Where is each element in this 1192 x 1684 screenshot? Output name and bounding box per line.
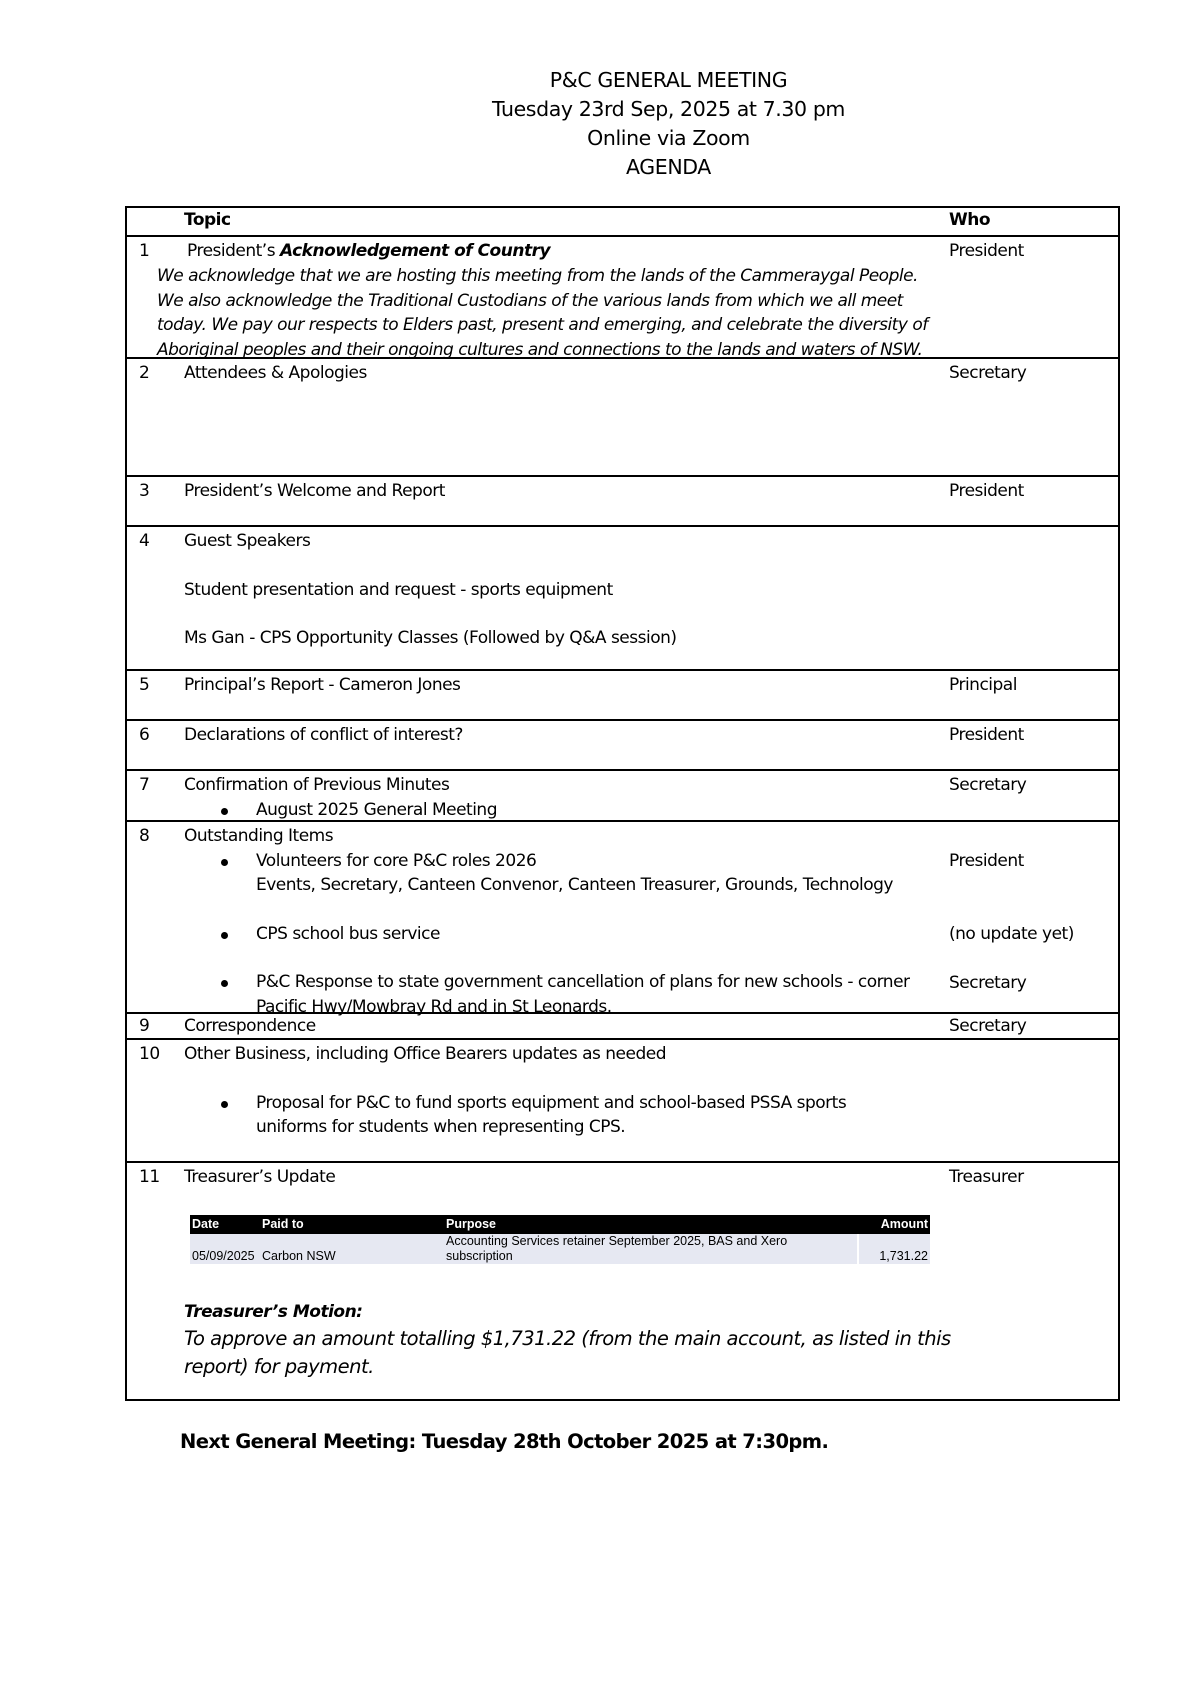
motion-line: To approve an amount totalling $1,731.22…: [184, 1325, 951, 1353]
agenda-heading: AGENDA: [0, 153, 1192, 182]
item-title: Correspondence: [184, 1014, 928, 1039]
next-meeting-notice: Next General Meeting: Tuesday 28th Octob…: [180, 1430, 828, 1453]
item-owner: Secretary: [949, 971, 1026, 996]
bullet-subtext: Events, Secretary, Canteen Convenor, Can…: [184, 873, 1118, 898]
payment-purpose: Accounting Services retainer September 2…: [444, 1234, 858, 1264]
payments-col-amount: Amount: [858, 1215, 930, 1234]
item-owner: Treasurer: [949, 1165, 1024, 1190]
item-title: President’s Acknowledgement of Country: [187, 239, 928, 264]
item-number: 8: [139, 824, 149, 849]
item-content: Other Business, including Office Bearers…: [184, 1042, 1118, 1140]
agenda-item-3: 3 President’s Welcome and Report Preside…: [127, 475, 1118, 525]
item-title: Confirmation of Previous Minutes: [184, 773, 928, 798]
payments-table: Date Paid to Purpose Amount 05/09/2025 C…: [190, 1215, 930, 1264]
guest-speaker: Ms Gan - CPS Opportunity Classes (Follow…: [184, 626, 928, 651]
bullet-item: Proposal for P&C to fund sports equipmen…: [184, 1091, 1118, 1116]
item-owner: Principal: [949, 673, 1017, 698]
item-content: Confirmation of Previous Minutes August …: [184, 773, 928, 822]
item-owner: Secretary: [949, 1014, 1026, 1039]
item-title: Other Business, including Office Bearers…: [184, 1042, 1118, 1067]
bullet-item: August 2025 General Meeting: [184, 798, 928, 823]
item-content: Guest Speakers Student presentation and …: [184, 529, 928, 651]
agenda-item-2: 2 Attendees & Apologies Secretary: [127, 357, 1118, 475]
agenda-item-4: 4 Guest Speakers Student presentation an…: [127, 525, 1118, 669]
motion-title: Treasurer’s Motion:: [184, 1300, 362, 1325]
document-header: P&C GENERAL MEETING Tuesday 23rd Sep, 20…: [0, 66, 1192, 182]
item-title: President’s Welcome and Report: [184, 479, 928, 504]
payment-date: 05/09/2025: [190, 1234, 260, 1264]
agenda-item-9: 9 Correspondence Secretary: [127, 1012, 1118, 1038]
acknowledgement-text: We acknowledge that we are hosting this …: [157, 264, 928, 362]
item-title: Attendees & Apologies: [184, 361, 928, 386]
meeting-date: Tuesday 23rd Sep, 2025 at 7.30 pm: [0, 95, 1192, 124]
item-owner: Secretary: [949, 773, 1026, 798]
item-owner: (no update yet): [949, 922, 1074, 947]
agenda-item-6: 6 Declarations of conflict of interest? …: [127, 719, 1118, 769]
agenda-item-7: 7 Confirmation of Previous Minutes Augus…: [127, 769, 1118, 820]
item-owner: President: [949, 723, 1024, 748]
ack-line: We also acknowledge the Traditional Cust…: [157, 289, 928, 314]
motion-line: report) for payment.: [184, 1353, 951, 1381]
agenda-item-8: 8 Outstanding Items Volunteers for core …: [127, 820, 1118, 1012]
item-title: Treasurer’s Update: [184, 1165, 928, 1190]
payment-amount: 1,731.22: [858, 1234, 930, 1264]
payments-col-paid-to: Paid to: [260, 1215, 444, 1234]
item-title: Declarations of conflict of interest?: [184, 723, 928, 748]
item-title: Outstanding Items: [184, 824, 1118, 849]
item-number: 3: [139, 479, 149, 504]
item-title-prefix: President’s: [187, 241, 280, 261]
bullet-subtext: uniforms for students when representing …: [184, 1115, 1118, 1140]
topic-column-header: Topic: [184, 208, 928, 233]
item-number: 6: [139, 723, 149, 748]
item-number: 4: [139, 529, 149, 554]
item-title-emphasis: Acknowledgement of Country: [280, 241, 550, 261]
agenda-table: Topic Who 1 President’s Acknowledgement …: [125, 206, 1120, 1401]
payment-paid-to: Carbon NSW: [260, 1234, 444, 1264]
guest-speaker: Student presentation and request - sport…: [184, 578, 928, 603]
agenda-header-row: Topic Who: [127, 208, 1118, 235]
agenda-item-1: 1 President’s Acknowledgement of Country…: [127, 235, 1118, 357]
payment-purpose-line: subscription: [446, 1249, 855, 1264]
item-owner: President: [949, 849, 1024, 874]
item-owner: President: [949, 239, 1024, 264]
payments-col-date: Date: [190, 1215, 260, 1234]
meeting-location: Online via Zoom: [0, 124, 1192, 153]
item-number: 11: [139, 1165, 160, 1190]
ack-line: today. We pay our respects to Elders pas…: [157, 313, 928, 338]
payment-row: 05/09/2025 Carbon NSW Accounting Service…: [190, 1234, 930, 1264]
item-number: 10: [139, 1042, 160, 1067]
item-owner: President: [949, 479, 1024, 504]
item-number: 1: [139, 239, 149, 264]
item-number: 9: [139, 1014, 149, 1039]
item-number: 5: [139, 673, 149, 698]
item-owner: Secretary: [949, 361, 1026, 386]
ack-line: We acknowledge that we are hosting this …: [157, 264, 928, 289]
who-column-header: Who: [949, 208, 990, 233]
agenda-item-11: 11 Treasurer’s Update Treasurer Date Pai…: [127, 1161, 1118, 1399]
item-number: 7: [139, 773, 149, 798]
payments-col-purpose: Purpose: [444, 1215, 858, 1234]
agenda-item-5: 5 Principal’s Report - Cameron Jones Pri…: [127, 669, 1118, 719]
payment-purpose-line: Accounting Services retainer September 2…: [446, 1234, 855, 1249]
agenda-item-10: 10 Other Business, including Office Bear…: [127, 1038, 1118, 1161]
payments-header-row: Date Paid to Purpose Amount: [190, 1215, 930, 1234]
item-title: Principal’s Report - Cameron Jones: [184, 673, 928, 698]
motion-text: To approve an amount totalling $1,731.22…: [184, 1325, 951, 1381]
meeting-title: P&C GENERAL MEETING: [0, 66, 1192, 95]
item-number: 2: [139, 361, 149, 386]
item-title: Guest Speakers: [184, 529, 928, 554]
